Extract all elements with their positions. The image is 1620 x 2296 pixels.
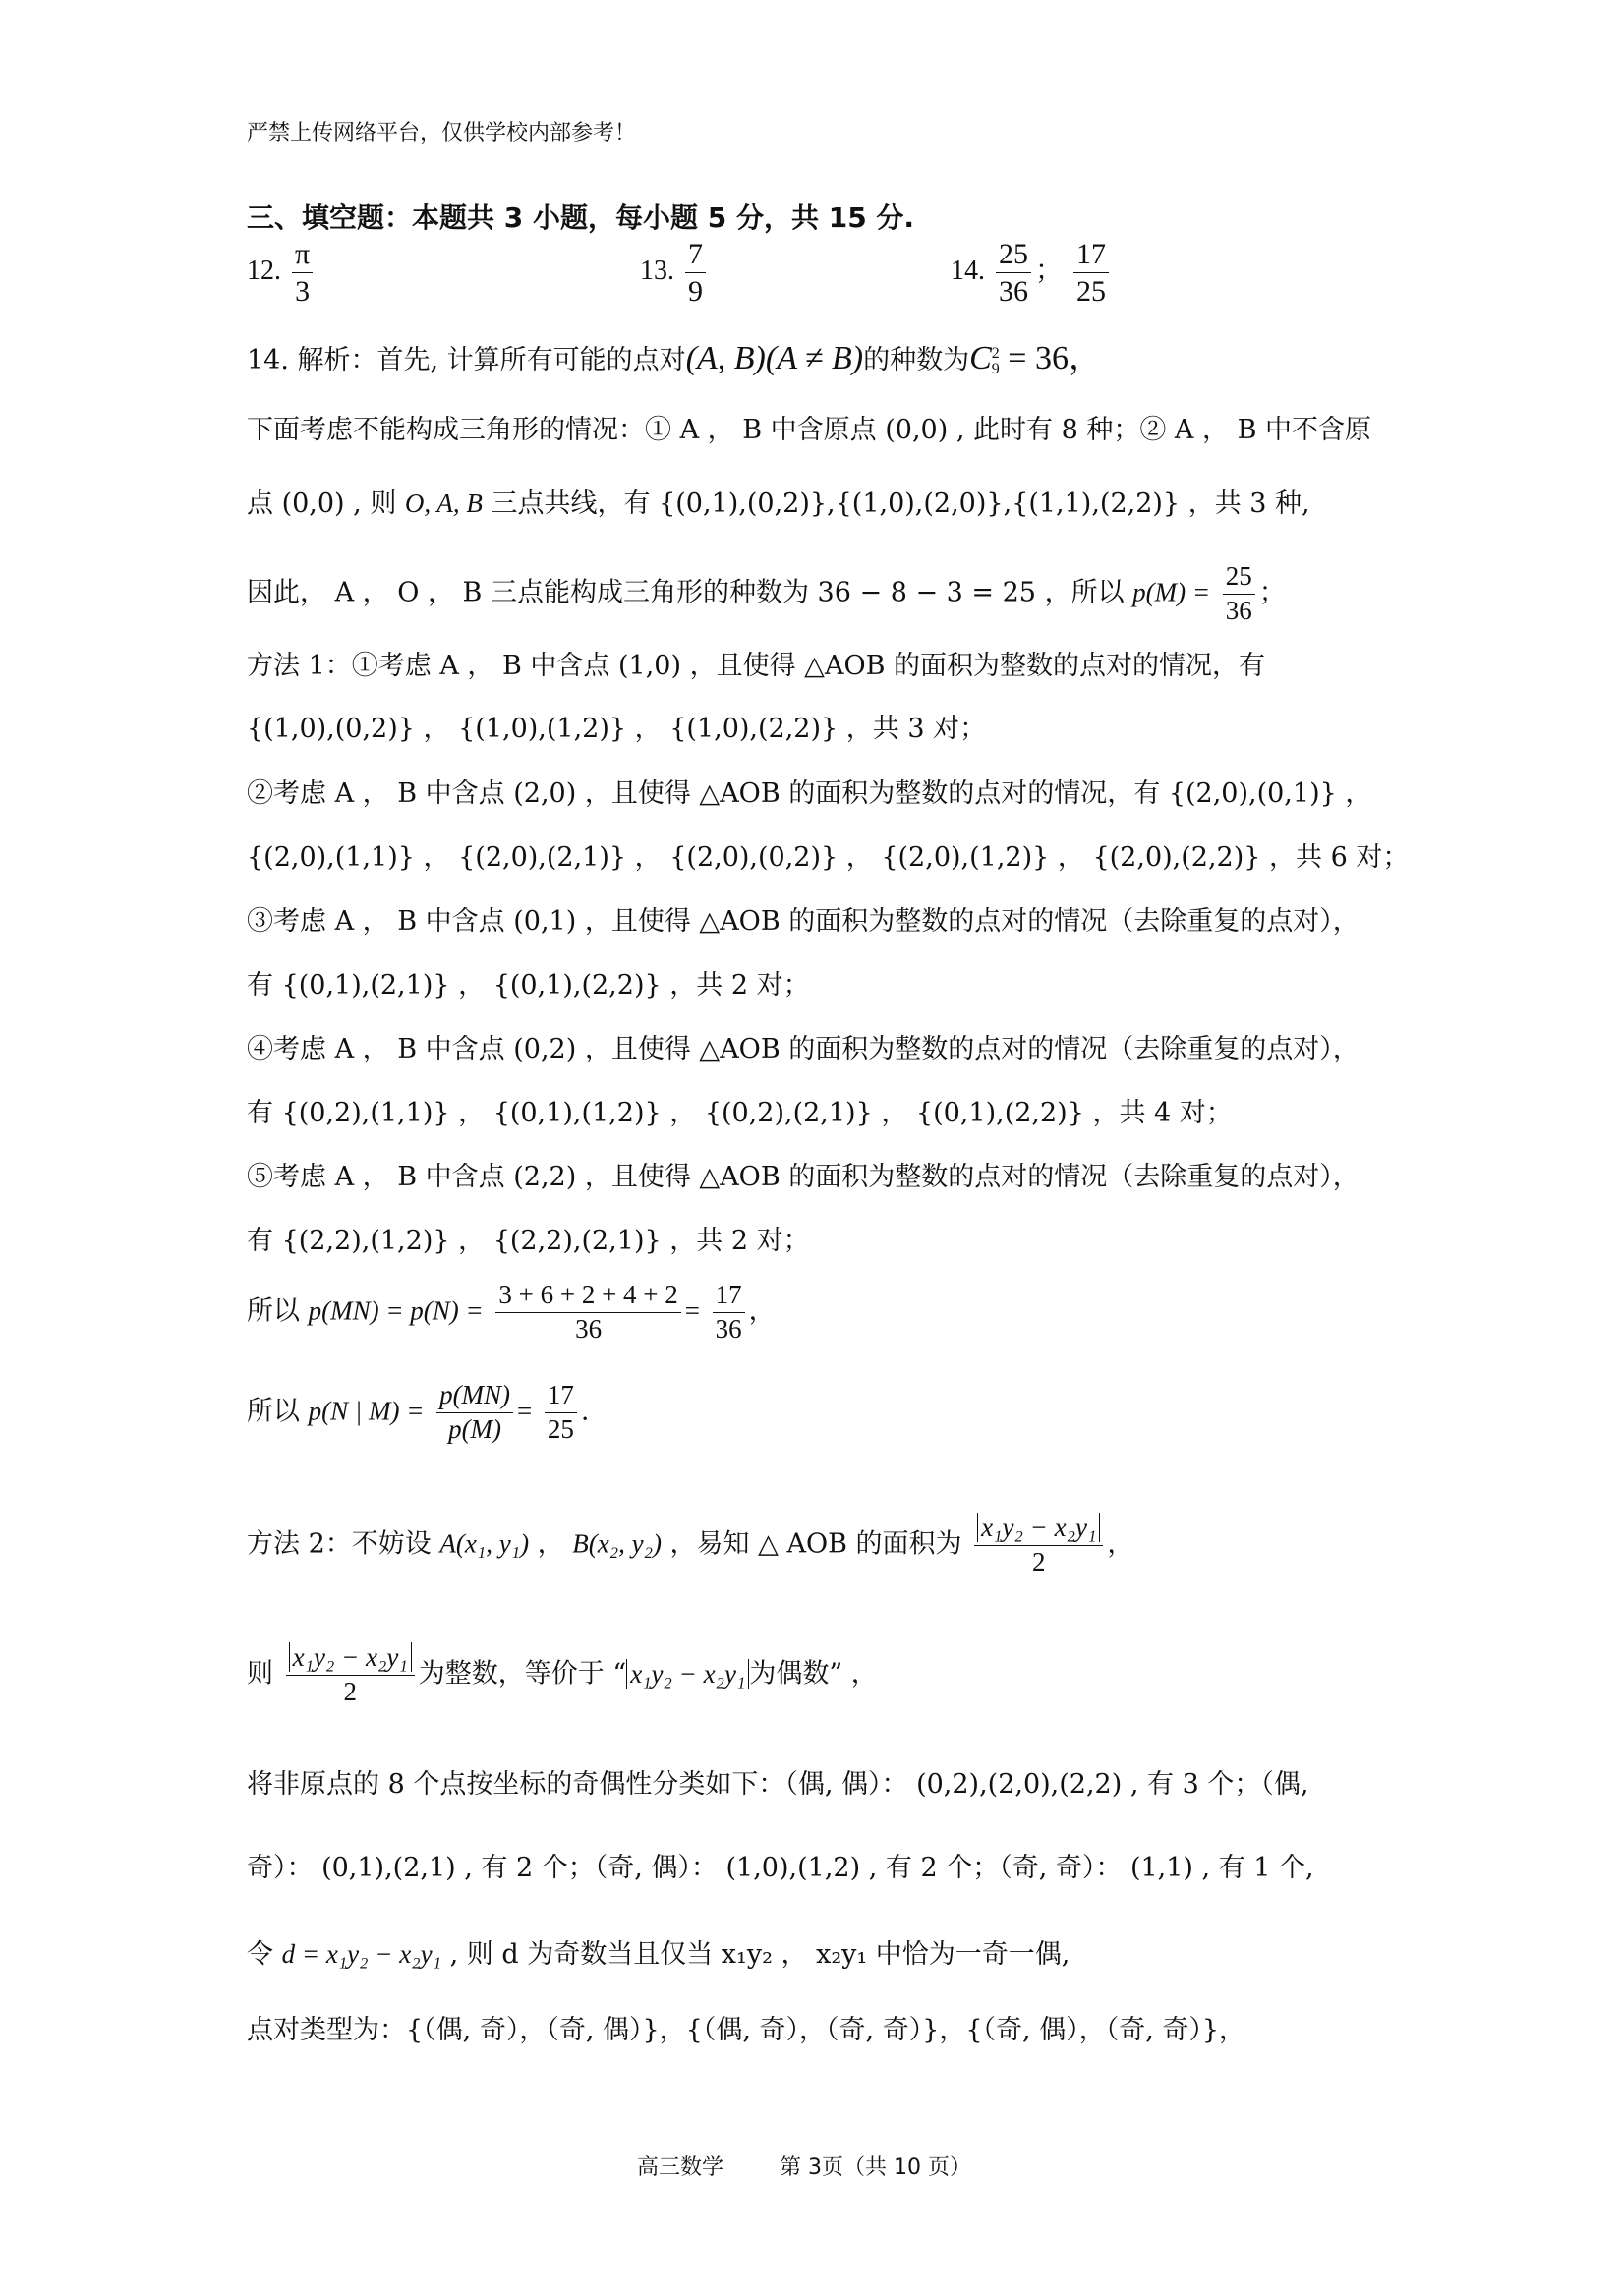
method2-line-2: 则 x₁y₂ − x₂y₁2为整数，等价于 “x₁y₂ − x₂y₁为偶数” ， <box>247 1643 878 1706</box>
pmn-equation: 所以 p(MN) = p(N) = 3 + 6 + 2 + 4 + 236= 1… <box>247 1281 776 1344</box>
method1-line-8: 有 {(0,2),(1,1)} ， {(0,1),(1,2)} ， {(0,2)… <box>247 1098 1233 1129</box>
fraction: x₁y₂ − x₂y₁2 <box>286 1643 415 1706</box>
method1-line-1: 方法 1：①考虑 A ， B 中含点 (1,0) ，且使得 △AOB 的面积为整… <box>247 651 1265 682</box>
method1-line-3: ②考虑 A ， B 中含点 (2,0) ，且使得 △AOB 的面积为整数的点对的… <box>247 778 1371 810</box>
answer-14: 14. 2536； 1725 <box>951 238 1113 308</box>
fraction: 3 + 6 + 2 + 4 + 236 <box>495 1281 680 1344</box>
footer-page-number: 第 3页（共 10 页） <box>780 2155 971 2180</box>
method1-line-10: 有 {(2,2),(1,2)} ， {(2,2),(2,1)} ，共 2 对； <box>247 1226 810 1257</box>
method2-line-4: 奇）： (0,1),(2,1) , 有 2 个；（奇, 偶）： (1,0),(1… <box>247 1853 1314 1884</box>
fraction: 79 <box>685 238 706 308</box>
header-note: 严禁上传网络平台，仅供学校内部参考！ <box>247 116 636 146</box>
answer-number: 12. <box>247 256 281 286</box>
method2-line-5: 令 d = x₁y₂ − x₂y₁ , 则 d 为奇数当且仅当 x₁y₂ ， x… <box>247 1938 1070 1971</box>
fraction: 2536 <box>1223 562 1255 625</box>
method2-line-3: 将非原点的 8 个点按坐标的奇偶性分类如下：（偶, 偶）： (0,2),(2,0… <box>247 1769 1308 1801</box>
method1-line-2: {(1,0),(0,2)} ， {(1,0),(1,2)} ， {(1,0),(… <box>247 714 986 745</box>
answer-number: 13. <box>640 256 674 286</box>
method1-line-5: ③考虑 A ， B 中含点 (0,1) ，且使得 △AOB 的面积为整数的点对的… <box>247 906 1360 938</box>
solution-line-1: 14. 解析：首先, 计算所有可能的点对(A, B)(A ≠ B)的种数为C29… <box>247 339 1102 379</box>
method1-line-9: ⑤考虑 A ， B 中含点 (2,2) ，且使得 △AOB 的面积为整数的点对的… <box>247 1162 1360 1193</box>
fraction: π3 <box>292 238 313 308</box>
pnm-equation: 所以 p(N | M) = p(MN)p(M)= 1725. <box>247 1381 589 1444</box>
footer-subject: 高三数学 <box>637 2155 723 2180</box>
fraction: 1725 <box>545 1381 577 1444</box>
answer-12: 12. π3 <box>247 238 317 308</box>
answer-number: 14. <box>951 256 985 286</box>
method1-line-7: ④考虑 A ， B 中含点 (0,2) ，且使得 △AOB 的面积为整数的点对的… <box>247 1034 1360 1065</box>
method2-line-6: 点对类型为：{（偶, 奇），（奇, 偶）}，{（偶, 奇），（奇, 奇）}，{（… <box>247 2015 1245 2046</box>
answer-13: 13. 79 <box>640 238 710 308</box>
method1-line-4: {(2,0),(1,1)} ， {(2,0),(2,1)} ， {(2,0),(… <box>247 842 1409 874</box>
section-title: 三、填空题：本题共 3 小题，每小题 5 分，共 15 分. <box>247 197 914 236</box>
fraction: x₁y₂ − x₂y₁2 <box>974 1514 1103 1577</box>
solution-line-3: 点 (0,0) , 则 O, A, B 三点共线，有 {(0,1),(0,2)}… <box>247 488 1310 520</box>
fraction: 1736 <box>713 1281 745 1344</box>
fraction: p(MN)p(M) <box>436 1381 513 1444</box>
solution-line-2: 下面考虑不能构成三角形的情况：① A ， B 中含原点 (0,0) , 此时有 … <box>247 415 1371 446</box>
method1-line-6: 有 {(0,1),(2,1)} ， {(0,1),(2,2)} ，共 2 对； <box>247 970 810 1002</box>
fraction: 2536 <box>996 238 1031 308</box>
page-footer: 高三数学 第 3页（共 10 页） <box>637 2151 1020 2181</box>
method2-line-1: 方法 2：不妨设 A(x₁, y₁) ， B(x₂, y₂) ，易知 △ AOB… <box>247 1514 1133 1577</box>
fraction: 1725 <box>1073 238 1109 308</box>
solution-line-4: 因此， A ， O ， B 三点能构成三角形的种数为 36 − 8 − 3 = … <box>247 562 1286 625</box>
